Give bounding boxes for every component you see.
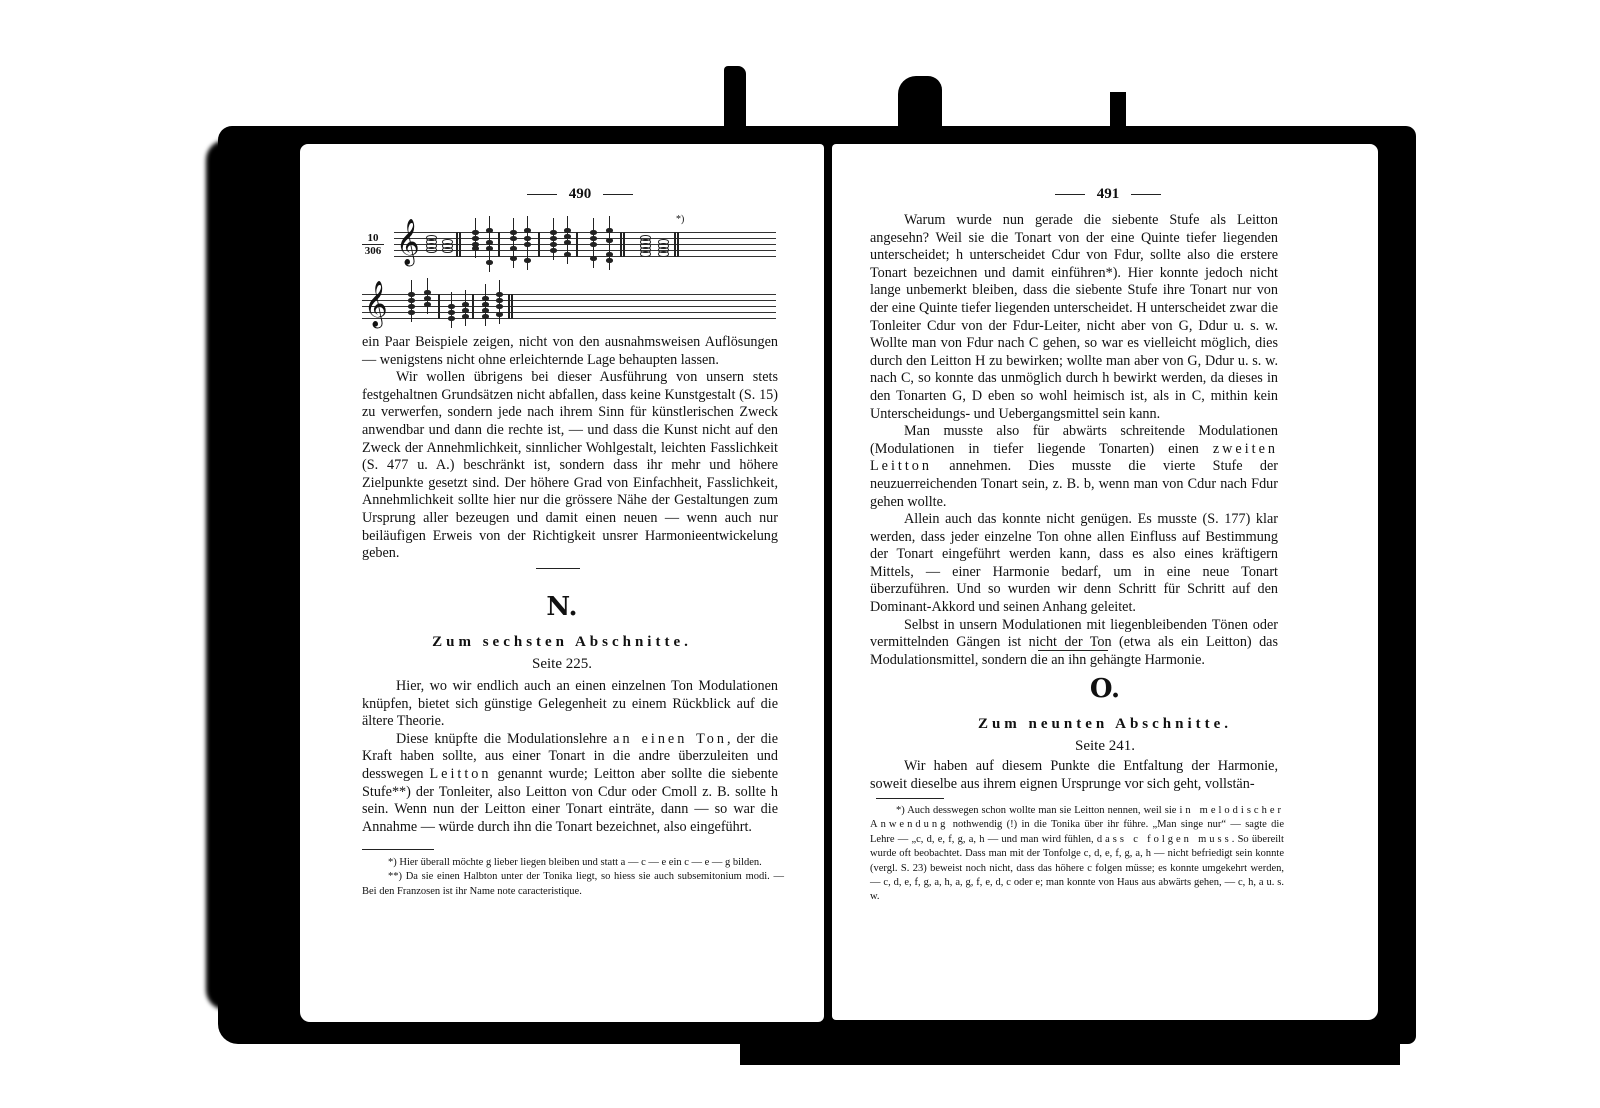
music-staff: 𝄞 bbox=[362, 294, 776, 320]
barline bbox=[508, 294, 510, 319]
section-letter: N. bbox=[300, 592, 824, 622]
example-number: 10 306 bbox=[362, 232, 384, 257]
footnotes: *) Hier überall möchte g lieber liegen b… bbox=[362, 856, 784, 899]
barline bbox=[498, 232, 500, 257]
paragraph: Hier, wo wir endlich auch an einen einze… bbox=[362, 678, 778, 731]
music-staff: 𝄞 bbox=[394, 232, 776, 258]
scan-bottom-edge bbox=[740, 1025, 1400, 1065]
left-page: 490 10 306 𝄞 *) 𝄞 ein Paar Beispiele zei… bbox=[300, 144, 824, 1022]
body-text: Warum wurde nun gerade die siebente Stuf… bbox=[870, 212, 1278, 669]
barline bbox=[623, 232, 625, 257]
barline bbox=[438, 294, 440, 319]
paragraph: Man musste also für abwärts schreitende … bbox=[870, 423, 1278, 511]
paragraph: ein Paar Beispiele zeigen, nicht von den… bbox=[362, 334, 778, 369]
paragraph: Wir wollen übrigens bei dieser Ausführun… bbox=[362, 369, 778, 563]
footnote-divider bbox=[362, 849, 434, 850]
body-text: ein Paar Beispiele zeigen, nicht von den… bbox=[362, 334, 778, 563]
footnote-divider bbox=[876, 798, 944, 799]
note-head bbox=[442, 247, 453, 253]
footnote: **) Da sie einen Halbton unter der Tonik… bbox=[362, 870, 784, 899]
barline bbox=[538, 232, 540, 257]
barline bbox=[456, 232, 458, 257]
scan-edge-blot bbox=[206, 140, 246, 1010]
footnote: *) Hier überall möchte g lieber liegen b… bbox=[362, 856, 784, 870]
paragraph: Selbst in unsern Modulationen mit liegen… bbox=[870, 617, 1278, 670]
barline bbox=[459, 232, 461, 257]
section-divider bbox=[1038, 650, 1108, 651]
section-page-ref: Seite 225. bbox=[300, 656, 824, 673]
barline bbox=[472, 294, 474, 319]
page-number: 490 bbox=[480, 186, 680, 203]
footnotes: *) Auch desswegen schon wollte man sie L… bbox=[870, 804, 1284, 905]
paragraph: Diese knüpfte die Modulationslehre an ei… bbox=[362, 731, 778, 837]
barline bbox=[677, 232, 679, 257]
note-head bbox=[658, 251, 669, 257]
footnote: *) Auch desswegen schon wollte man sie L… bbox=[870, 804, 1284, 905]
paragraph: Warum wurde nun gerade die siebente Stuf… bbox=[870, 212, 1278, 423]
barline bbox=[620, 232, 622, 257]
section-title: Zum sechsten Abschnitte. bbox=[300, 634, 824, 651]
right-page: 491 Warum wurde nun gerade die siebente … bbox=[832, 144, 1378, 1020]
page-number: 491 bbox=[1008, 186, 1208, 203]
treble-clef-icon: 𝄞 bbox=[396, 222, 420, 262]
section-text: Wir haben auf diesem Punkte die Entfaltu… bbox=[870, 758, 1278, 793]
section-text: Hier, wo wir endlich auch an einen einze… bbox=[362, 678, 778, 836]
scan-bookmark-spike bbox=[724, 66, 746, 146]
scan-bookmark-spike bbox=[1110, 92, 1126, 142]
section-title: Zum neunten Abschnitte. bbox=[832, 716, 1378, 733]
barline bbox=[674, 232, 676, 257]
paragraph: Wir haben auf diesem Punkte die Entfaltu… bbox=[870, 758, 1278, 793]
footnote-marker: *) bbox=[676, 214, 684, 225]
section-divider bbox=[536, 568, 580, 569]
section-letter: O. bbox=[832, 674, 1378, 704]
scan-bookmark-spike bbox=[898, 76, 942, 146]
book-spine bbox=[827, 140, 831, 1045]
barline bbox=[576, 232, 578, 257]
note-head bbox=[426, 247, 437, 253]
note-head bbox=[640, 251, 651, 257]
treble-clef-icon: 𝄞 bbox=[364, 284, 388, 324]
paragraph: Allein auch das konnte nicht genügen. Es… bbox=[870, 511, 1278, 617]
barline bbox=[511, 294, 513, 319]
section-page-ref: Seite 241. bbox=[832, 738, 1378, 755]
